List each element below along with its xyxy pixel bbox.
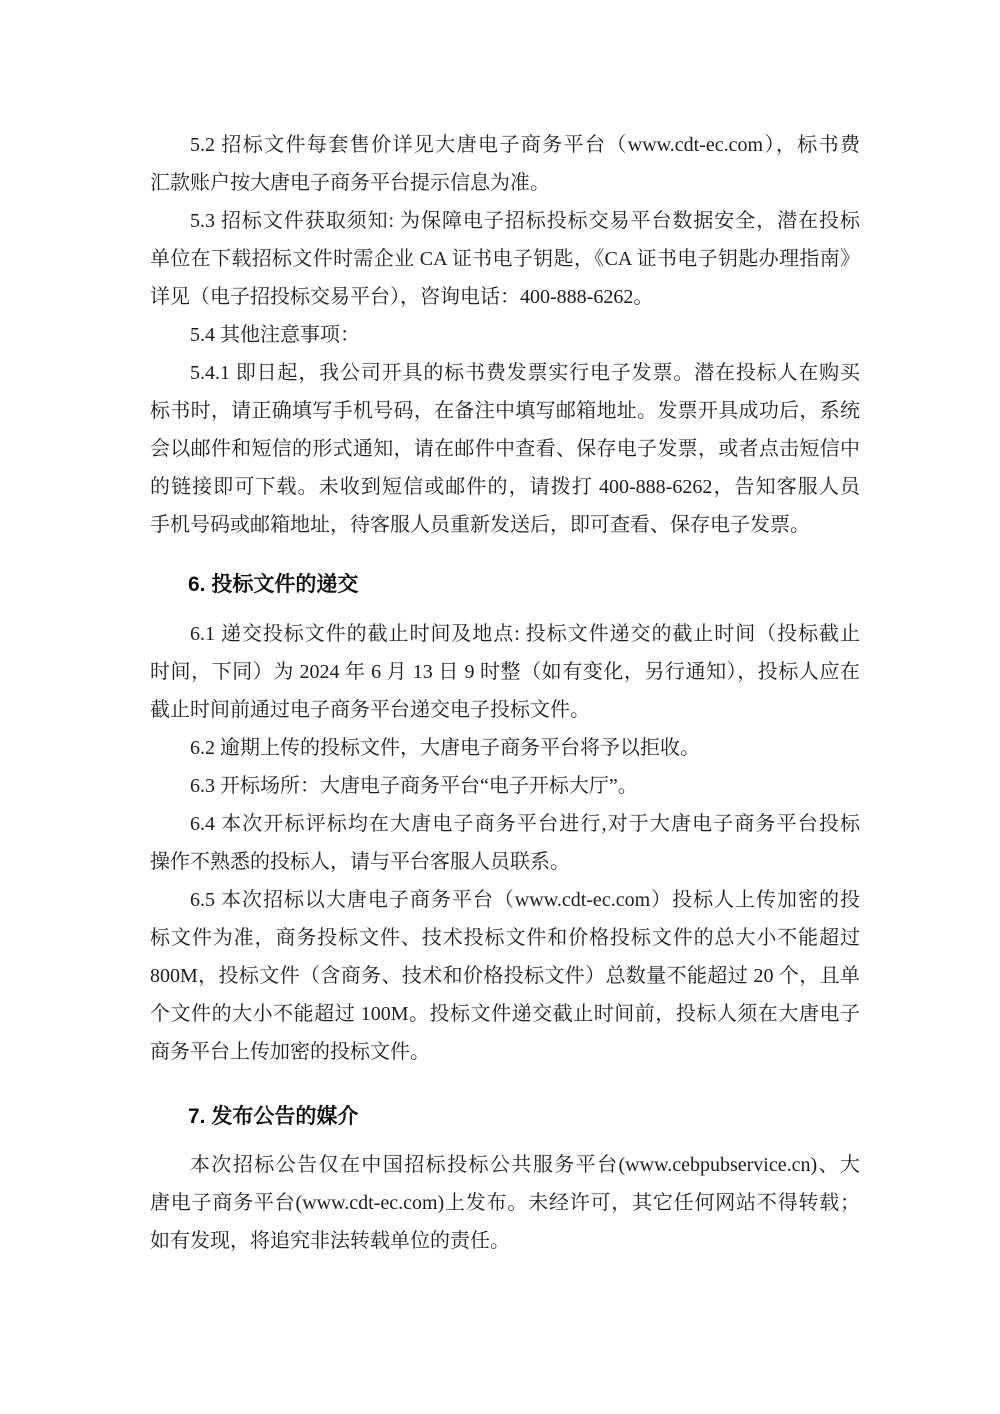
paragraph-line: 6.2 逾期上传的投标文件，大唐电子商务平台将予以拒收。 [150,729,860,767]
paragraph-line: 6.1 递交投标文件的截止时间及地点: 投标文件递交的截止时间（投标截止 [150,615,860,653]
paragraph-line: 5.4.1 即日起，我公司开具的标书费发票实行电子发票。潜在投标人在购买 [150,354,860,392]
paragraph-line: 如有发现，将追究非法转载单位的责任。 [150,1222,860,1260]
paragraph-line: 单位在下载招标文件时需企业 CA 证书电子钥匙，《CA 证书电子钥匙办理指南》 [150,240,860,278]
section-5-4: 5.4 其他注意事项： [150,316,860,354]
paragraph-line: 6.3 开标场所：大唐电子商务平台“电子开标大厅”。 [150,767,860,805]
paragraph-line: 操作不熟悉的投标人，请与平台客服人员联系。 [150,843,860,881]
section-7-heading: 7. 发布公告的媒介 [150,1098,860,1136]
section-6-4: 6.4 本次开标评标均在大唐电子商务平台进行,对于大唐电子商务平台投标 操作不熟… [150,805,860,881]
section-5-2: 5.2 招标文件每套售价详见大唐电子商务平台（www.cdt-ec.com），标… [150,126,860,202]
paragraph-line: 标文件为准，商务投标文件、技术投标文件和价格投标文件的总大小不能超过 [150,919,860,957]
paragraph-line: 5.4 其他注意事项： [150,316,860,354]
section-6-heading: 6. 投标文件的递交 [150,566,860,604]
paragraph-line: 6.5 本次招标以大唐电子商务平台（www.cdt-ec.com）投标人上传加密… [150,881,860,919]
section-5-3: 5.3 招标文件获取须知: 为保障电子招标投标交易平台数据安全，潜在投标 单位在… [150,202,860,316]
paragraph-line: 个文件的大小不能超过 100M。投标文件递交截止时间前，投标人须在大唐电子 [150,995,860,1033]
section-6-2: 6.2 逾期上传的投标文件，大唐电子商务平台将予以拒收。 [150,729,860,767]
paragraph-line: 商务平台上传加密的投标文件。 [150,1033,860,1071]
paragraph-line: 时间，下同）为 2024 年 6 月 13 日 9 时整（如有变化，另行通知），… [150,653,860,691]
paragraph-line: 5.3 招标文件获取须知: 为保障电子招标投标交易平台数据安全，潜在投标 [150,202,860,240]
paragraph-line: 800M，投标文件（含商务、技术和价格投标文件）总数量不能超过 20 个，且单 [150,957,860,995]
paragraph-line: 本次招标公告仅在中国招标投标公共服务平台(www.cebpubservice.c… [150,1146,860,1184]
paragraph-line: 详见（电子招投标交易平台），咨询电话：400-888-6262。 [150,278,860,316]
paragraph-line: 会以邮件和短信的形式通知，请在邮件中查看、保存电子发票，或者点击短信中 [150,430,860,468]
paragraph-line: 5.2 招标文件每套售价详见大唐电子商务平台（www.cdt-ec.com），标… [150,126,860,164]
section-6-3: 6.3 开标场所：大唐电子商务平台“电子开标大厅”。 [150,767,860,805]
paragraph-line: 的链接即可下载。未收到短信或邮件的，请拨打 400-888-6262，告知客服人… [150,468,860,506]
paragraph-line: 唐电子商务平台(www.cdt-ec.com)上发布。未经许可，其它任何网站不得… [150,1184,860,1222]
section-5-4-1: 5.4.1 即日起，我公司开具的标书费发票实行电子发票。潜在投标人在购买 标书时… [150,354,860,544]
document-content: 5.2 招标文件每套售价详见大唐电子商务平台（www.cdt-ec.com），标… [150,126,860,1260]
paragraph-line: 汇款账户按大唐电子商务平台提示信息为准。 [150,164,860,202]
document-page: 5.2 招标文件每套售价详见大唐电子商务平台（www.cdt-ec.com），标… [0,0,1000,1414]
section-6-1: 6.1 递交投标文件的截止时间及地点: 投标文件递交的截止时间（投标截止 时间，… [150,615,860,729]
paragraph-line: 截止时间前通过电子商务平台递交电子投标文件。 [150,691,860,729]
paragraph-line: 标书时，请正确填写手机号码，在备注中填写邮箱地址。发票开具成功后，系统 [150,392,860,430]
paragraph-line: 手机号码或邮箱地址，待客服人员重新发送后，即可查看、保存电子发票。 [150,506,860,544]
section-7-body: 本次招标公告仅在中国招标投标公共服务平台(www.cebpubservice.c… [150,1146,860,1260]
section-6-5: 6.5 本次招标以大唐电子商务平台（www.cdt-ec.com）投标人上传加密… [150,881,860,1071]
paragraph-line: 6.4 本次开标评标均在大唐电子商务平台进行,对于大唐电子商务平台投标 [150,805,860,843]
